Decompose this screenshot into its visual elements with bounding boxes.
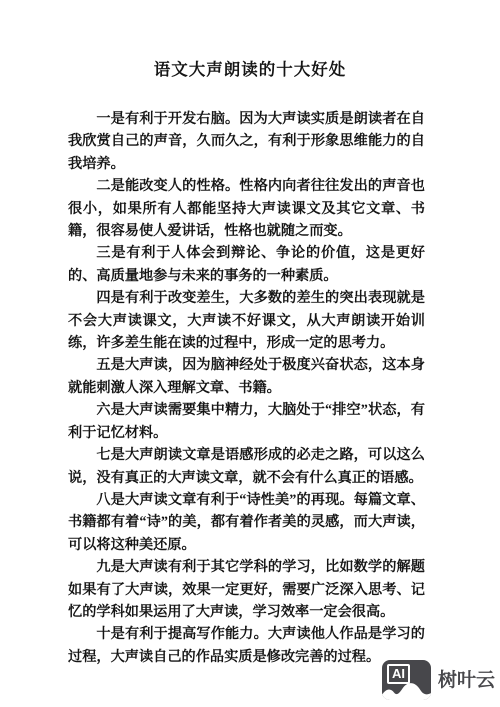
paragraph-4: 四是有利于改变差生，大多数的差生的突出表现就是不会大声读课文，大声读不好课文，从… <box>68 287 425 354</box>
document-page: 语文大声朗读的十大好处 一是有利于开发右脑。因为大声读实质是朗读者在自我欣赏自己… <box>0 0 500 707</box>
paragraph-8: 八是大声读文章有利于“诗性美”的再现。每篇文章、书籍都有着“诗”的美，都有着作者… <box>68 489 425 556</box>
brand-name: 树叶云 <box>438 671 495 690</box>
mountain-icon <box>382 680 431 700</box>
document-title: 语文大声朗读的十大好处 <box>0 0 500 80</box>
paragraph-10: 十是有利于提高写作能力。大声读他人作品是学习的过程，大声读自己的作品实质是修改完… <box>68 623 425 668</box>
ai-image-logo-icon: AI <box>382 660 431 700</box>
paragraph-1: 一是有利于开发右脑。因为大声读实质是朗读者在自我欣赏自己的声音，久而久之，有利于… <box>68 108 425 175</box>
paragraph-2: 二是能改变人的性格。性格内向者往往发出的声音也很小，如果所有人都能坚持大声读课文… <box>68 175 425 242</box>
paragraph-5: 五是大声读，因为脑神经处于极度兴奋状态，这本身就能刺激人深入理解文章、书籍。 <box>68 354 425 399</box>
paragraph-7: 七是大声朗读文章是语感形成的必走之路，可以这么说，没有真正的大声读文章，就不会有… <box>68 444 425 489</box>
paragraph-9: 九是大声读有利于其它学科的学习，比如数学的解题如果有了大声读，效果一定更好，需要… <box>68 556 425 623</box>
document-body: 一是有利于开发右脑。因为大声读实质是朗读者在自我欣赏自己的声音，久而久之，有利于… <box>68 108 425 668</box>
paragraph-6: 六是大声读需要集中精力，大脑处于“排空”状态，有利于记忆材料。 <box>68 399 425 444</box>
paragraph-3: 三是有利于人体会到辩论、争论的价值，这是更好的、高质量地参与未来的事务的一种素质… <box>68 242 425 287</box>
watermark: AI 树叶云 <box>382 660 495 700</box>
